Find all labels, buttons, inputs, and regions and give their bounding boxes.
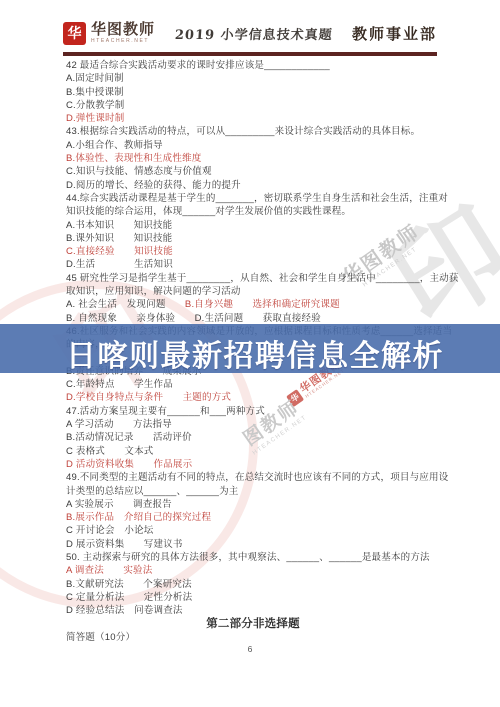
exam-line: D 经验总结法 问卷调查法 (66, 604, 440, 617)
exam-line: B. 自然现象 亲身体验 D.生活问题 获取直接经验 (66, 312, 440, 325)
exam-line: D.弹性课时制 (66, 112, 440, 125)
exam-line: 简答题（10分） (66, 631, 440, 644)
logo-name: 华图教师 (91, 22, 155, 37)
exam-line: A.小组合作、教师指导 (66, 139, 440, 152)
exam-line: 47.活动方案呈现主要有______和___两种方式 (66, 405, 440, 418)
exam-line: C 开讨论会 小论坛 (66, 524, 440, 537)
exam-line: B.活动情况记录 活动评价 (66, 431, 440, 444)
exam-line: B.文献研究法 个案研究法 (66, 578, 440, 591)
promo-banner[interactable]: 日喀则最新招聘信息全解析 (0, 324, 500, 373)
exam-line: 49.不同类型的主题活动有不同的特点，在总结交流时也应该有不同的方式，项目与应用… (66, 471, 440, 484)
exam-line: D.学校自身特点与条件 主题的方式 (66, 391, 440, 404)
exam-line: B.展示作品 介绍自己的探究过程 (66, 511, 440, 524)
document-title: 2019 小学信息技术真题 (174, 24, 333, 43)
huatu-logo-icon: 华 (63, 22, 86, 45)
exam-line: 43.根据综合实践活动的特点，可以从_________来设计综合实践活动的具体目… (66, 125, 440, 138)
exam-line: D 活动资料收集 作品展示 (66, 458, 440, 471)
exam-line: 取知识，应用知识，解决问题的学习活动 (66, 285, 440, 298)
page-number: 6 (0, 644, 500, 654)
exam-line: B.课外知识 知识技能 (66, 232, 440, 245)
exam-line: C 定量分析法 定性分析法 (66, 591, 440, 604)
exam-line: 知识技能的综合运用，体现______对学生发展价值的实践性课程。 (66, 205, 440, 218)
promo-banner-text[interactable]: 日喀则最新招聘信息全解析 (66, 331, 444, 375)
exam-line: A.书本知识 知识技能 (66, 219, 440, 232)
exam-line: B.集中授课制 (66, 86, 440, 99)
exam-line: A.固定时间制 (66, 72, 440, 85)
department-label: 教师事业部 (352, 23, 437, 44)
exam-line: D.生活 生活知识 (66, 258, 440, 271)
exam-line: 45 研究性学习是指学生基于________，从自然、社会和学生自身生活中___… (66, 272, 440, 285)
exam-line-segment: A. 社会生活 发现问题 (66, 299, 185, 310)
exam-line: C 表格式 文本式 (66, 445, 440, 458)
exam-line: C.直接经验 知识技能 (66, 245, 440, 258)
section-title: 第二部分非选择题 (66, 617, 440, 630)
exam-line: 50. 主动探索与研究的具体方法很多，其中观察法、______、______是最… (66, 551, 440, 564)
exam-line: A 实验展示 调查报告 (66, 498, 440, 511)
exam-line-segment: B.自身兴趣 选择和确定研究课题 (185, 299, 340, 310)
logo-subtitle: HTEACHER.NET (91, 38, 155, 44)
exam-line: C.知识与技能、情感态度与价值观 (66, 165, 440, 178)
exam-line: 计类型的总结应以______、______为主 (66, 485, 440, 498)
header-rule (63, 52, 437, 56)
exam-document-page: 印 印 华图教师 HTEACHER.NET 华 华图教师 HTEACHER.NE… (0, 0, 500, 707)
huatu-logo: 华 华图教师 HTEACHER.NET (63, 22, 155, 45)
exam-line: 44.综合实践活动课程是基于学生的_______，密切联系学生自身生活和社会生活… (66, 192, 440, 205)
exam-line: A. 社会生活 发现问题 B.自身兴趣 选择和确定研究课题 (66, 298, 440, 311)
exam-line: C.分散教学制 (66, 99, 440, 112)
exam-line: 42 最适合综合实践活动要求的课时安排应该是____________ (66, 59, 440, 72)
exam-line: A 调查法 实验法 (66, 564, 440, 577)
exam-line: A 学习活动 方法指导 (66, 418, 440, 431)
exam-line: D.阅历的增长、经验的获得、能力的提升 (66, 179, 440, 192)
exam-line: B.体验性、表现性和生成性维度 (66, 152, 440, 165)
exam-line: D 展示资料集 写建议书 (66, 538, 440, 551)
document-header: 华 华图教师 HTEACHER.NET 2019 小学信息技术真题 教师事业部 (63, 16, 437, 50)
exam-line: C.年龄特点 学生作品 (66, 378, 440, 391)
